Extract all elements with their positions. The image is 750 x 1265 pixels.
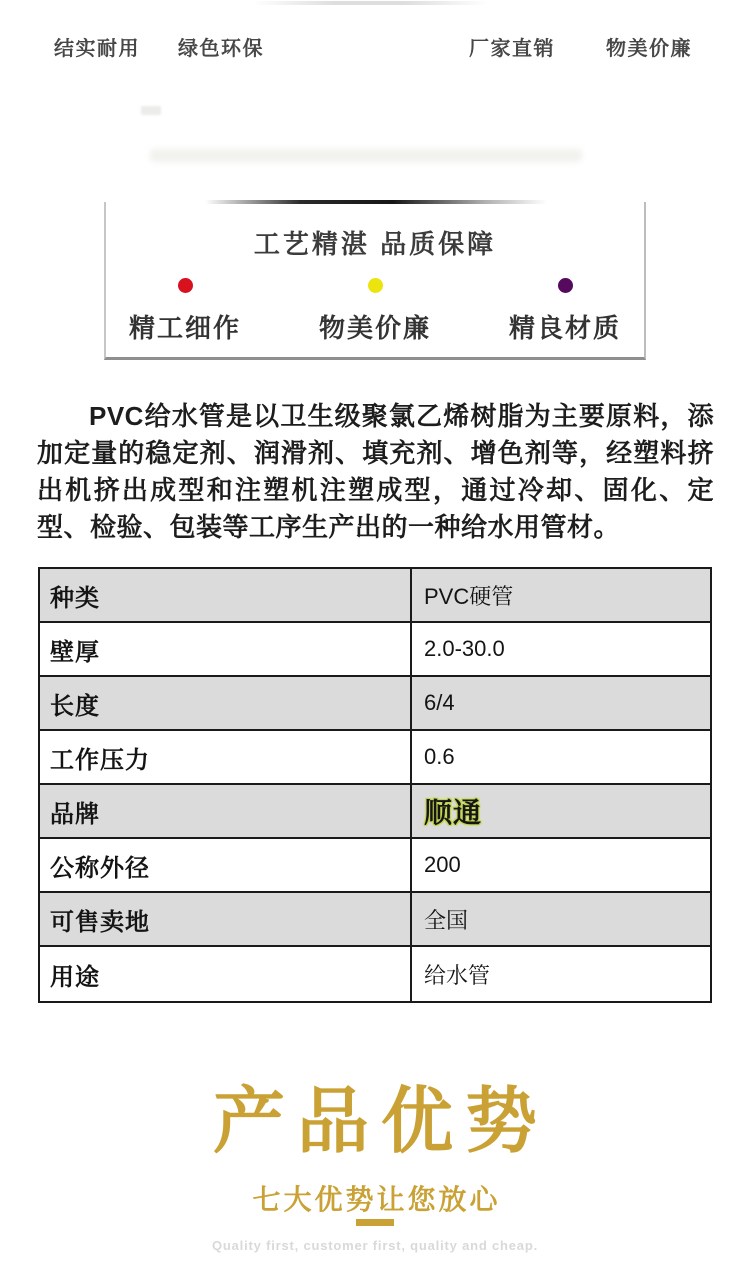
feature-label: 物美价廉 [319, 308, 431, 345]
feature-dot-icon [558, 278, 573, 293]
spec-value-cell: PVC硬管 [412, 569, 710, 621]
quality-feature-item: 精良材质 [504, 278, 626, 345]
quality-card-title: 工艺精湛 品质保障 [106, 224, 644, 261]
feature-label: 精工细作 [129, 308, 241, 345]
spec-label-cell: 品牌 [40, 785, 412, 837]
spec-label-cell: 壁厚 [40, 623, 412, 675]
spec-table-row: 品牌 顺通 [40, 785, 710, 839]
spec-table-row: 种类 PVC硬管 [40, 569, 710, 623]
spec-value-cell: 给水管 [412, 947, 710, 1001]
spec-value-cell: 2.0-30.0 [412, 623, 710, 675]
top-feature-label: 结实耐用 [54, 32, 140, 61]
feature-label: 精良材质 [509, 308, 621, 345]
spec-table-row: 工作压力 0.6 [40, 731, 710, 785]
spec-label-cell: 工作压力 [40, 731, 412, 783]
top-feature-label: 绿色环保 [178, 32, 264, 61]
spec-label-cell: 用途 [40, 947, 412, 1001]
card-top-shadow-line [205, 200, 547, 204]
spec-value-cell: 全国 [412, 893, 710, 945]
product-detail-page: 结实耐用 绿色环保 厂家直销 物美价廉 工艺精湛 品质保障 精工细作 物美价廉 [0, 0, 750, 1265]
faded-image-mark [141, 106, 161, 115]
spec-table-row: 长度 6/4 [40, 677, 710, 731]
advantage-section-title: 产品优势 [0, 1083, 750, 1162]
quality-feature-list: 精工细作 物美价廉 精良材质 [106, 278, 644, 345]
quality-feature-item: 精工细作 [124, 278, 246, 345]
spec-table-row: 用途 给水管 [40, 947, 710, 1001]
top-feature-label: 厂家直销 [469, 32, 555, 61]
faded-image-remnant [150, 149, 582, 162]
spec-label-cell: 可售卖地 [40, 893, 412, 945]
advantage-tagline: Quality first, customer first, quality a… [0, 1238, 750, 1253]
advantage-section-subtitle: 七大优势让您放心 [0, 1178, 750, 1218]
spec-value-cell: 200 [412, 839, 710, 891]
spec-value-cell: 顺通 [412, 785, 710, 837]
quality-guarantee-card: 工艺精湛 品质保障 精工细作 物美价廉 精良材质 [104, 202, 646, 360]
spec-table: 种类 PVC硬管 壁厚 2.0-30.0 长度 6/4 工作压力 0.6 品牌 … [38, 567, 712, 1003]
feature-dot-icon [178, 278, 193, 293]
spec-table-row: 公称外径 200 [40, 839, 710, 893]
spec-value-cell: 0.6 [412, 731, 710, 783]
quality-feature-item: 物美价廉 [314, 278, 436, 345]
product-description: PVC给水管是以卫生级聚氯乙烯树脂为主要原料，添加定量的稳定剂、润滑剂、填充剂、… [37, 398, 714, 546]
top-feature-label: 物美价廉 [606, 32, 692, 61]
spec-label-cell: 种类 [40, 569, 412, 621]
spec-label-cell: 公称外径 [40, 839, 412, 891]
spec-value-cell: 6/4 [412, 677, 710, 729]
spec-label-cell: 长度 [40, 677, 412, 729]
feature-dot-icon [368, 278, 383, 293]
spec-table-row: 可售卖地 全国 [40, 893, 710, 947]
top-feature-bar: 结实耐用 绿色环保 厂家直销 物美价廉 [0, 32, 750, 60]
top-divider [252, 1, 488, 5]
advantage-divider-bar [356, 1219, 394, 1226]
spec-table-row: 壁厚 2.0-30.0 [40, 623, 710, 677]
